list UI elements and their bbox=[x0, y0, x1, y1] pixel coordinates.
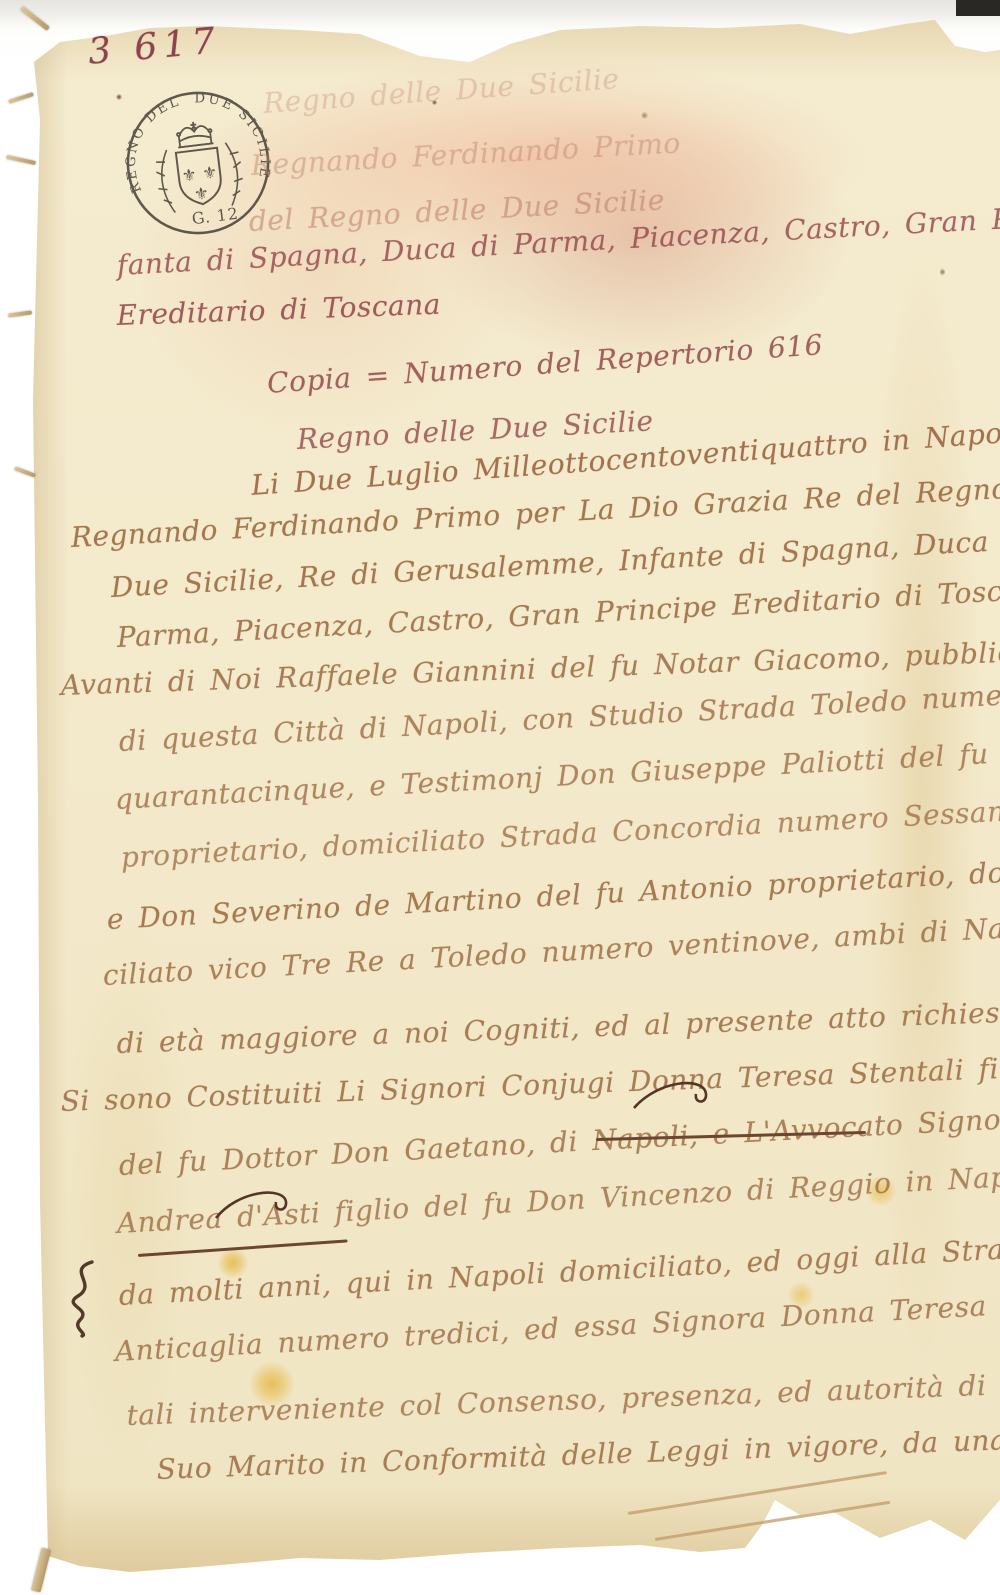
flourish-mark bbox=[212, 1186, 302, 1222]
fleur-de-lis-icon: ⚜ bbox=[201, 162, 218, 184]
fleur-de-lis-icon: ⚜ bbox=[193, 182, 210, 204]
scan-edge-shadow bbox=[956, 0, 1000, 16]
stamp-value-text: G. 12. bbox=[191, 203, 246, 228]
scanned-manuscript-page: { "page": { "archival_number": "3 617", … bbox=[0, 0, 1000, 1595]
fleur-de-lis-icon: ⚜ bbox=[180, 164, 197, 186]
binding-thread bbox=[6, 155, 36, 165]
speck bbox=[641, 112, 648, 119]
margin-paraph bbox=[58, 1258, 106, 1338]
speck bbox=[940, 268, 945, 276]
binding-thread bbox=[8, 310, 32, 317]
binding-thread bbox=[14, 466, 36, 477]
flourish-mark bbox=[630, 1078, 720, 1112]
stamp-arc-left-text: REGNO DELLE bbox=[115, 80, 192, 197]
binding-thread bbox=[8, 92, 34, 104]
binding-thread bbox=[20, 6, 50, 31]
crown-icon bbox=[175, 120, 213, 148]
binding-thread bbox=[31, 1547, 51, 1592]
